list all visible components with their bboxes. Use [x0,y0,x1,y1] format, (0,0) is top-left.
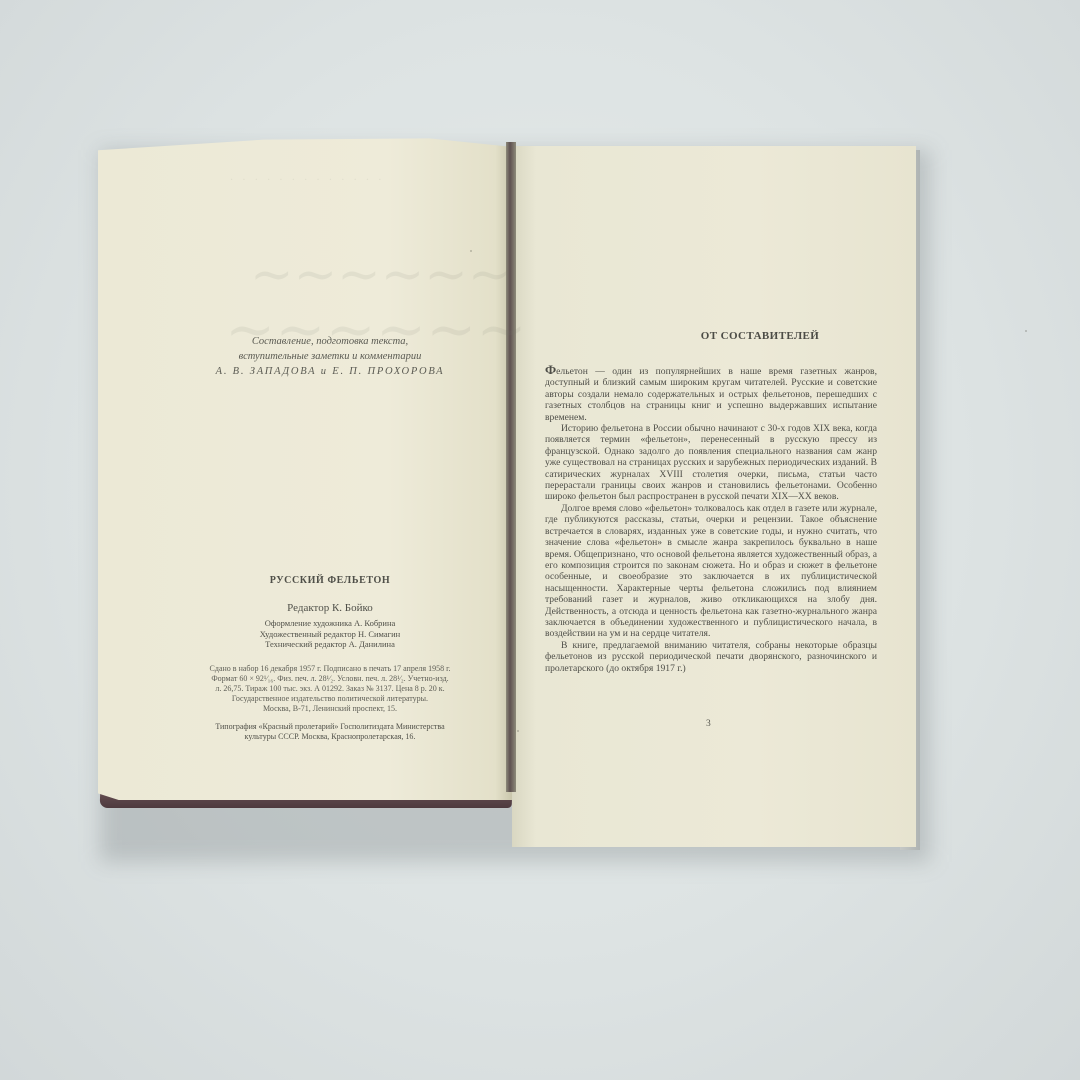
publication-line: Формат 60 × 92¹⁄₁₆. Физ. печ. л. 28¹⁄₂. … [176,674,484,684]
paragraph: Фельетон — один из популярнейших в наше … [545,364,877,423]
bleed-through-text: · · · · · · · · · · · · · [230,175,384,186]
dust-speck [517,730,519,732]
preface-text: Фельетон — один из популярнейших в наше … [545,364,877,674]
printer-line: Типография «Красный пролетарий» Госполит… [170,722,490,732]
staff-line: Художественный редактор Н. Симагин [170,629,490,640]
staff-line: Технический редактор А. Данилина [170,639,490,650]
paragraph: В книге, предлагаемой вниманию читателя,… [545,640,877,674]
publication-details: Сдано в набор 16 декабря 1957 г. Подписа… [170,664,490,714]
editor-line: Редактор К. Бойко [170,602,490,614]
book-gutter [506,142,516,792]
book-title: РУССКИЙ ФЕЛЬЕТОН [170,575,490,586]
preface-heading: ОТ СОСТАВИТЕЛЕЙ [560,330,960,342]
staff-line: Оформление художника А. Кобрина [170,618,490,629]
credits-line: Составление, подготовка текста, [175,334,485,349]
paragraph: Долгое время слово «фельетон» толковалос… [545,503,877,640]
publisher-name: Государственное издательство политическо… [176,694,484,704]
imprint-block: РУССКИЙ ФЕЛЬЕТОН Редактор К. Бойко Оформ… [170,575,490,742]
publisher-address: Москва, В-71, Ленинский проспект, 15. [176,704,484,714]
credits-line: вступительные заметки и комментарии [175,349,485,364]
dust-speck [470,250,472,252]
compiler-names: А. В. ЗАПАДОВА и Е. П. ПРОХОРОВА [175,364,485,379]
dust-speck [1025,330,1027,332]
compiler-credits: Составление, подготовка текста, вступите… [175,334,485,379]
staff-list: Оформление художника А. Кобрина Художест… [170,618,490,650]
paragraph: Историю фельетона в России обычно начина… [545,423,877,503]
printer-details: Типография «Красный пролетарий» Госполит… [170,722,490,742]
publication-line: Сдано в набор 16 декабря 1957 г. Подписа… [176,664,484,674]
printer-line: культуры СССР. Москва, Краснопролетарска… [170,732,490,742]
page-number: 3 [706,719,711,729]
publication-line: л. 26,75. Тираж 100 тыс. экз. А 01292. З… [176,684,484,694]
